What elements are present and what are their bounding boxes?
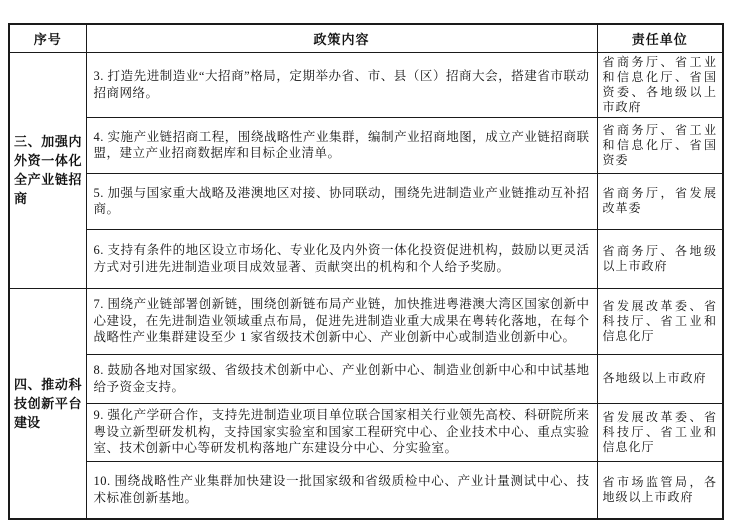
table-row: 10. 围绕战略性产业集群加快建设一批国家级和省级质检中心、产业计量测试中心、技… (9, 461, 723, 519)
header-row: 序号 政策内容 责任单位 (9, 24, 723, 52)
table-row: 5. 加强与国家重大战略及港澳地区对接、协同联动，围绕先进制造业产业链推动互补招… (9, 173, 723, 229)
policy-content-item-10: 10. 围绕战略性产业集群加快建设一批国家级和省级质检中心、产业计量测试中心、技… (86, 461, 597, 519)
table-row: 4. 实施产业链招商工程，围绕战略性产业集群，编制产业招商地图，成立产业链招商联… (9, 117, 723, 173)
policy-content-item-6: 6. 支持有条件的地区设立市场化、专业化及内外资一体化投资促进机构，鼓励以更灵活… (86, 229, 597, 288)
policy-content-item-5: 5. 加强与国家重大战略及港澳地区对接、协同联动，围绕先进制造业产业链推动互补招… (86, 173, 597, 229)
policy-table: 序号 政策内容 责任单位 三、加强内外资一体化全产业链招商 3. 打造先进制造业… (8, 23, 724, 520)
policy-content-item-9: 9. 强化产学研合作，支持先进制造业项目单位联合国家相关行业领先高校、科研院所来… (86, 403, 597, 461)
table-row: 8. 鼓励各地对国家级、省级技术创新中心、产业创新中心、制造业创新中心和中试基地… (9, 354, 723, 403)
col-header-serial: 序号 (9, 24, 86, 52)
policy-content-item-3: 3. 打造先进制造业“大招商”格局，定期举办省、市、县（区）招商大会，搭建省市联… (86, 52, 597, 117)
policy-content-item-4: 4. 实施产业链招商工程，围绕战略性产业集群，编制产业招商地图，成立产业链招商联… (86, 117, 597, 173)
responsible-unit-item-8: 各地级以上市政府 (597, 354, 723, 403)
responsible-unit-item-7: 省发展改革委、省科技厅、省工业和信息化厅 (597, 288, 723, 354)
policy-content-item-8: 8. 鼓励各地对国家级、省级技术创新中心、产业创新中心、制造业创新中心和中试基地… (86, 354, 597, 403)
group-label-section-3: 三、加强内外资一体化全产业链招商 (9, 52, 86, 288)
document-page: 序号 政策内容 责任单位 三、加强内外资一体化全产业链招商 3. 打造先进制造业… (0, 0, 730, 528)
table-row: 9. 强化产学研合作，支持先进制造业项目单位联合国家相关行业领先高校、科研院所来… (9, 403, 723, 461)
responsible-unit-item-6: 省商务厅、各地级以上市政府 (597, 229, 723, 288)
table-row: 四、推动科技创新平台建设 7. 围绕产业链部署创新链，围绕创新链布局产业链，加快… (9, 288, 723, 354)
col-header-responsible-unit: 责任单位 (597, 24, 723, 52)
responsible-unit-item-9: 省发展改革委、省科技厅、省工业和信息化厅 (597, 403, 723, 461)
responsible-unit-item-3: 省商务厅、省工业和信息化厅、省国资委、各地级以上市政府 (597, 52, 723, 117)
table-row: 6. 支持有条件的地区设立市场化、专业化及内外资一体化投资促进机构，鼓励以更灵活… (9, 229, 723, 288)
policy-content-item-7: 7. 围绕产业链部署创新链，围绕创新链布局产业链，加快推进粤港澳大湾区国家创新中… (86, 288, 597, 354)
responsible-unit-item-10: 省市场监管局，各地级以上市政府 (597, 461, 723, 519)
responsible-unit-item-5: 省商务厅，省发展改革委 (597, 173, 723, 229)
col-header-policy-content: 政策内容 (86, 24, 597, 52)
table-row: 三、加强内外资一体化全产业链招商 3. 打造先进制造业“大招商”格局，定期举办省… (9, 52, 723, 117)
responsible-unit-item-4: 省商务厅、省工业和信息化厅、省国资委 (597, 117, 723, 173)
group-label-section-4: 四、推动科技创新平台建设 (9, 288, 86, 519)
